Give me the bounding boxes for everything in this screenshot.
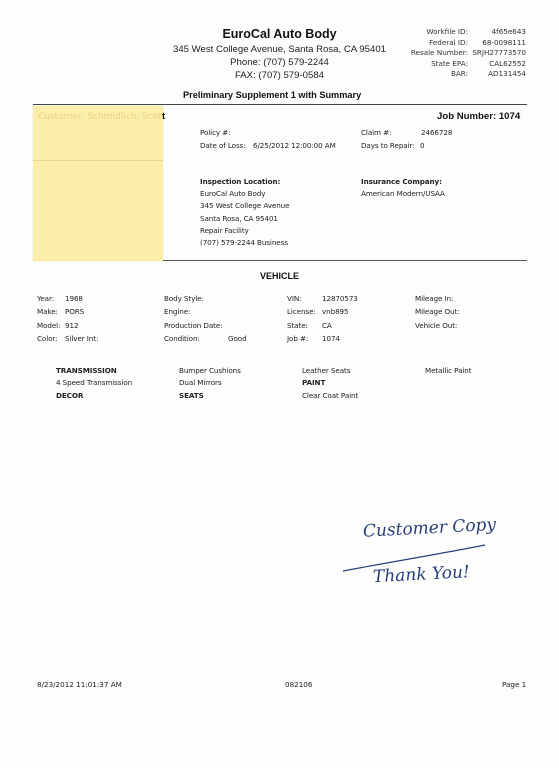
vehicle-field-label: Model: bbox=[37, 321, 60, 330]
vehicle-heading: VEHICLE bbox=[0, 271, 559, 281]
id-label: Resale Number: bbox=[358, 48, 468, 57]
id-value: 4f65e643 bbox=[456, 27, 526, 36]
option-item: Clear Coat Paint bbox=[302, 391, 358, 400]
vehicle-field-label: Body Style: bbox=[164, 294, 204, 303]
inspection-line: Repair Facility bbox=[200, 226, 249, 235]
days-to-repair-label: Days to Repair: bbox=[361, 141, 415, 150]
vehicle-field-label: Condition: bbox=[164, 334, 200, 343]
inspection-line: EuroCal Auto Body bbox=[200, 189, 265, 198]
option-item: Dual Mirrors bbox=[179, 378, 222, 387]
vehicle-field-label: VIN: bbox=[287, 294, 301, 303]
option-item: Bumper Cushions bbox=[179, 366, 241, 375]
inspection-divider bbox=[163, 260, 527, 261]
option-category: TRANSMISSION bbox=[56, 366, 117, 375]
obscured-customer-name: Customer: Schmidlich, Scott bbox=[38, 112, 165, 122]
vehicle-field-value: 1968 bbox=[65, 294, 83, 303]
vehicle-field-value: 912 bbox=[65, 321, 78, 330]
inspection-line: Santa Rosa, CA 95401 bbox=[200, 214, 278, 223]
option-category: SEATS bbox=[179, 391, 204, 400]
inspection-line: (707) 579-2244 Business bbox=[200, 238, 288, 247]
claim-value: 2466728 bbox=[421, 128, 452, 137]
id-value: SRJH27773570 bbox=[456, 48, 526, 57]
id-value: AD131454 bbox=[456, 69, 526, 78]
claim-label: Claim #: bbox=[361, 128, 391, 137]
vehicle-field-value: PORS bbox=[65, 307, 84, 316]
id-label: BAR: bbox=[358, 69, 468, 78]
sticky-note-fold bbox=[33, 160, 163, 161]
option-category: PAINT bbox=[302, 378, 325, 387]
inspection-heading: Inspection Location: bbox=[200, 177, 280, 186]
vehicle-field-label: Mileage Out: bbox=[415, 307, 460, 316]
vehicle-field-value: vnb895 bbox=[322, 307, 349, 316]
page-number: Page 1 bbox=[502, 680, 526, 689]
vehicle-field-label: Year: bbox=[37, 294, 54, 303]
date-of-loss-label: Date of Loss: bbox=[200, 141, 246, 150]
vehicle-field-label: Job #: bbox=[287, 334, 308, 343]
vehicle-field-label: License: bbox=[287, 307, 316, 316]
document-title: Preliminary Supplement 1 with Summary bbox=[183, 90, 361, 100]
vehicle-field-value: Good bbox=[228, 334, 247, 343]
days-to-repair-value: 0 bbox=[420, 141, 424, 150]
id-label: State EPA: bbox=[358, 59, 468, 68]
vehicle-field-label: State: bbox=[287, 321, 308, 330]
vehicle-field-label: Engine: bbox=[164, 307, 190, 316]
print-timestamp: 8/23/2012 11:01:37 AM bbox=[37, 680, 122, 689]
handwritten-note: Customer Copy Thank You! bbox=[335, 505, 545, 595]
vehicle-field-value: Silver Int: bbox=[65, 334, 98, 343]
id-label: Federal ID: bbox=[358, 38, 468, 47]
customer-name-tail: t bbox=[162, 111, 165, 122]
option-category: DECOR bbox=[56, 391, 83, 400]
vehicle-field-label: Vehicle Out: bbox=[415, 321, 457, 330]
vehicle-field-label: Production Date: bbox=[164, 321, 223, 330]
handwritten-thank-you: Thank You! bbox=[373, 562, 471, 587]
option-item: 4 Speed Transmission bbox=[56, 378, 132, 387]
insurance-heading: Insurance Company: bbox=[361, 177, 442, 186]
id-value: CAL62552 bbox=[456, 59, 526, 68]
insurance-company: American Modern/USAA bbox=[361, 189, 445, 198]
vehicle-field-value: 12870573 bbox=[322, 294, 358, 303]
vehicle-field-value: CA bbox=[322, 321, 332, 330]
vehicle-field-value: 1074 bbox=[322, 334, 340, 343]
id-label: Workfile ID: bbox=[358, 27, 468, 36]
handwritten-customer-copy: Customer Copy bbox=[362, 515, 496, 542]
vehicle-field-label: Make: bbox=[37, 307, 58, 316]
date-of-loss-value: 6/25/2012 12:00:00 AM bbox=[253, 141, 336, 150]
option-item: Leather Seats bbox=[302, 366, 350, 375]
inspection-line: 345 West College Avenue bbox=[200, 201, 289, 210]
sticky-note: Customer: Schmidlich, Scott bbox=[33, 106, 163, 261]
job-number: Job Number: 1074 bbox=[437, 111, 520, 122]
id-value: 68-0098111 bbox=[456, 38, 526, 47]
vehicle-field-label: Mileage In: bbox=[415, 294, 453, 303]
footer-code: 082106 bbox=[285, 680, 312, 689]
option-item: Metallic Paint bbox=[425, 366, 471, 375]
policy-label: Policy #: bbox=[200, 128, 231, 137]
vehicle-field-label: Color: bbox=[37, 334, 57, 343]
